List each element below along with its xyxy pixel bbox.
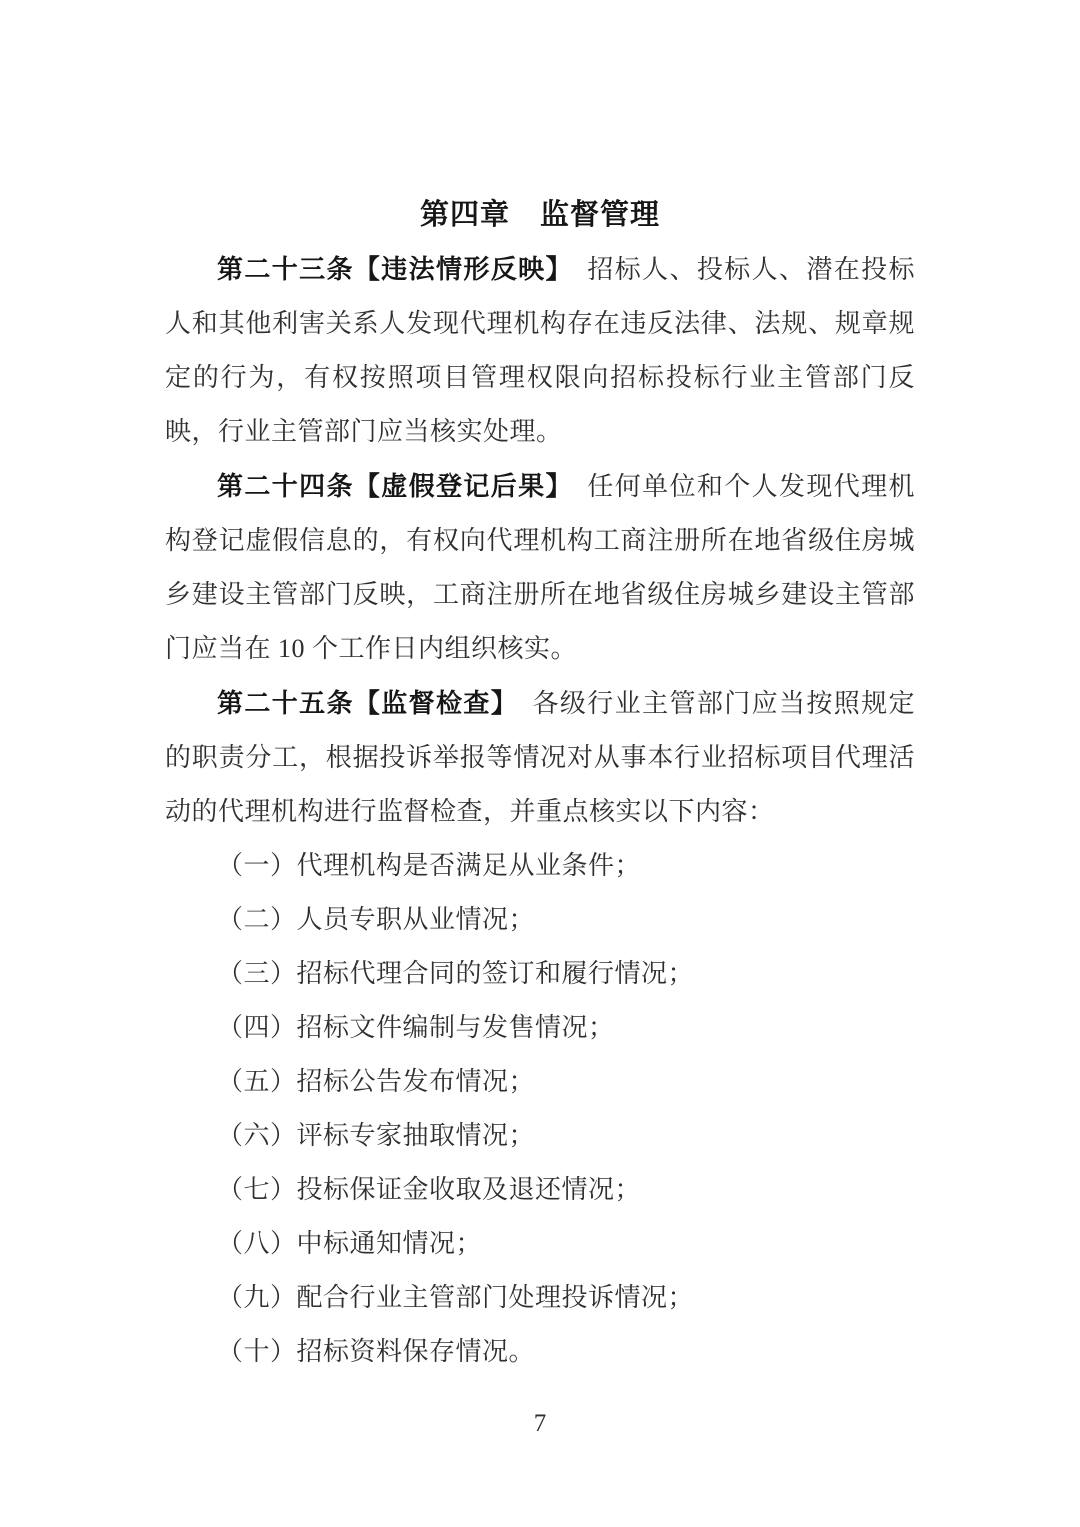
article-23-line-1-text: 招标人、投标人、潜在投标 (560, 255, 915, 284)
list-item-5: （五）招标公告发布情况； (165, 1055, 915, 1109)
article-23-line-2: 人和其他利害关系人发现代理机构存在违反法律、法规、规章规 (165, 297, 915, 351)
article-24-line-1: 第二十四条【虚假登记后果】 任何单位和个人发现代理机 (165, 459, 915, 514)
list-item-3: （三）招标代理合同的签订和履行情况； (165, 947, 915, 1001)
article-24-line-1-text: 任何单位和个人发现代理机 (560, 472, 915, 501)
article-24-line-2: 构登记虚假信息的，有权向代理机构工商注册所在地省级住房城 (165, 514, 915, 568)
page-number: 7 (0, 1400, 1080, 1448)
article-24-line-3: 乡建设主管部门反映，工商注册所在地省级住房城乡建设主管部 (165, 568, 915, 622)
article-25-line-1: 第二十五条【监督检查】 各级行业主管部门应当按照规定 (165, 676, 915, 731)
list-item-10: （十）招标资料保存情况。 (165, 1325, 915, 1379)
list-item-2: （二）人员专职从业情况； (165, 893, 915, 947)
article-25-line-1-text: 各级行业主管部门应当按照规定 (505, 689, 915, 718)
article-25-line-2: 的职责分工，根据投诉举报等情况对从事本行业招标项目代理活 (165, 731, 915, 785)
list-item-8: （八）中标通知情况； (165, 1217, 915, 1271)
document-page: 第四章 监督管理 第二十三条【违法情形反映】 招标人、投标人、潜在投标 人和其他… (0, 0, 1080, 1527)
list-item-9: （九）配合行业主管部门处理投诉情况； (165, 1271, 915, 1325)
list-item-4: （四）招标文件编制与发售情况； (165, 1001, 915, 1055)
article-23-line-4: 映，行业主管部门应当核实处理。 (165, 405, 915, 459)
article-23-line-1: 第二十三条【违法情形反映】 招标人、投标人、潜在投标 (165, 242, 915, 297)
article-25-line-3: 动的代理机构进行监督检查，并重点核实以下内容： (165, 785, 915, 839)
text-block: 第四章 监督管理 第二十三条【违法情形反映】 招标人、投标人、潜在投标 人和其他… (165, 188, 915, 1379)
article-24-heading: 第二十四条【虚假登记后果】 (217, 471, 560, 501)
article-23-heading: 第二十三条【违法情形反映】 (217, 254, 560, 284)
article-23-line-3: 定的行为，有权按照项目管理权限向招标投标行业主管部门反 (165, 351, 915, 405)
list-item-6: （六）评标专家抽取情况； (165, 1109, 915, 1163)
chapter-title: 第四章 监督管理 (165, 188, 915, 242)
article-24-line-4: 门应当在 10 个工作日内组织核实。 (165, 622, 915, 676)
list-item-1: （一）代理机构是否满足从业条件； (165, 839, 915, 893)
list-item-7: （七）投标保证金收取及退还情况； (165, 1163, 915, 1217)
article-25-heading: 第二十五条【监督检查】 (217, 688, 505, 718)
